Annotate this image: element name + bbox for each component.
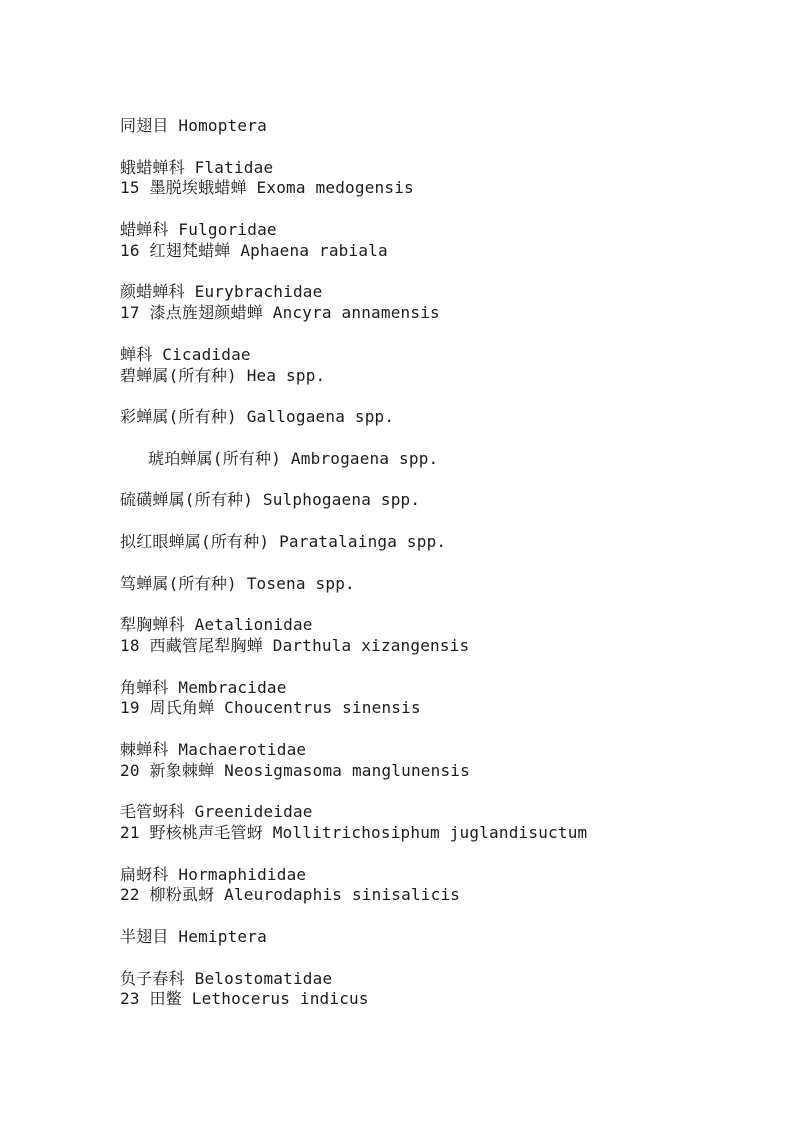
species-paragraph: 角蝉科 Membracidae19 周氏角蝉 Choucentrus sinen… xyxy=(120,678,733,720)
list-line: 19 周氏角蝉 Choucentrus sinensis xyxy=(120,698,733,719)
species-paragraph: 半翅目 Hemiptera xyxy=(120,927,733,948)
list-line: 16 红翅梵蜡蝉 Aphaena rabiala xyxy=(120,241,733,262)
species-list: 同翅目 Homoptera蛾蜡蝉科 Flatidae15 墨脱埃蛾蜡蝉 Exom… xyxy=(120,116,733,1010)
list-line: 22 柳粉虱蚜 Aleurodaphis sinisalicis xyxy=(120,885,733,906)
list-line: 17 漆点旌翅颜蜡蝉 Ancyra annamensis xyxy=(120,303,733,324)
list-line: 23 田鳖 Lethocerus indicus xyxy=(120,989,733,1010)
list-line: 碧蝉属(所有种) Hea spp. xyxy=(120,366,733,387)
list-line: 笃蝉属(所有种) Tosena spp. xyxy=(120,574,733,595)
list-line: 彩蝉属(所有种) Gallogaena spp. xyxy=(120,407,733,428)
list-line: 颜蜡蝉科 Eurybrachidae xyxy=(120,282,733,303)
species-paragraph: 犁胸蝉科 Aetalionidae18 西藏管尾犁胸蝉 Darthula xiz… xyxy=(120,615,733,657)
species-paragraph: 蝉科 Cicadidae碧蝉属(所有种) Hea spp. xyxy=(120,345,733,387)
species-paragraph: 琥珀蝉属(所有种) Ambrogaena spp. xyxy=(120,449,733,470)
species-paragraph: 蛾蜡蝉科 Flatidae15 墨脱埃蛾蜡蝉 Exoma medogensis xyxy=(120,158,733,200)
list-line: 同翅目 Homoptera xyxy=(120,116,733,137)
list-line: 琥珀蝉属(所有种) Ambrogaena spp. xyxy=(120,449,733,470)
species-paragraph: 负子春科 Belostomatidae23 田鳖 Lethocerus indi… xyxy=(120,969,733,1011)
species-paragraph: 蜡蝉科 Fulgoridae16 红翅梵蜡蝉 Aphaena rabiala xyxy=(120,220,733,262)
list-line: 蜡蝉科 Fulgoridae xyxy=(120,220,733,241)
list-line: 棘蝉科 Machaerotidae xyxy=(120,740,733,761)
list-line: 15 墨脱埃蛾蜡蝉 Exoma medogensis xyxy=(120,178,733,199)
list-line: 18 西藏管尾犁胸蝉 Darthula xizangensis xyxy=(120,636,733,657)
list-line: 负子春科 Belostomatidae xyxy=(120,969,733,990)
list-line: 蝉科 Cicadidae xyxy=(120,345,733,366)
species-paragraph: 颜蜡蝉科 Eurybrachidae17 漆点旌翅颜蜡蝉 Ancyra anna… xyxy=(120,282,733,324)
list-line: 犁胸蝉科 Aetalionidae xyxy=(120,615,733,636)
list-line: 扁蚜科 Hormaphididae xyxy=(120,865,733,886)
list-line: 拟红眼蝉属(所有种) Paratalainga spp. xyxy=(120,532,733,553)
list-line: 21 野核桃声毛管蚜 Mollitrichosiphum juglandisuc… xyxy=(120,823,733,844)
species-paragraph: 硫磺蝉属(所有种) Sulphogaena spp. xyxy=(120,490,733,511)
list-line: 硫磺蝉属(所有种) Sulphogaena spp. xyxy=(120,490,733,511)
species-paragraph: 毛管蚜科 Greenideidae21 野核桃声毛管蚜 Mollitrichos… xyxy=(120,802,733,844)
species-paragraph: 拟红眼蝉属(所有种) Paratalainga spp. xyxy=(120,532,733,553)
list-line: 蛾蜡蝉科 Flatidae xyxy=(120,158,733,179)
document-page: 同翅目 Homoptera蛾蜡蝉科 Flatidae15 墨脱埃蛾蜡蝉 Exom… xyxy=(0,0,793,1122)
list-line: 20 新象棘蝉 Neosigmasoma manglunensis xyxy=(120,761,733,782)
species-paragraph: 棘蝉科 Machaerotidae20 新象棘蝉 Neosigmasoma ma… xyxy=(120,740,733,782)
list-line: 角蝉科 Membracidae xyxy=(120,678,733,699)
list-line: 毛管蚜科 Greenideidae xyxy=(120,802,733,823)
list-line: 半翅目 Hemiptera xyxy=(120,927,733,948)
species-paragraph: 同翅目 Homoptera xyxy=(120,116,733,137)
species-paragraph: 彩蝉属(所有种) Gallogaena spp. xyxy=(120,407,733,428)
species-paragraph: 扁蚜科 Hormaphididae22 柳粉虱蚜 Aleurodaphis si… xyxy=(120,865,733,907)
species-paragraph: 笃蝉属(所有种) Tosena spp. xyxy=(120,574,733,595)
